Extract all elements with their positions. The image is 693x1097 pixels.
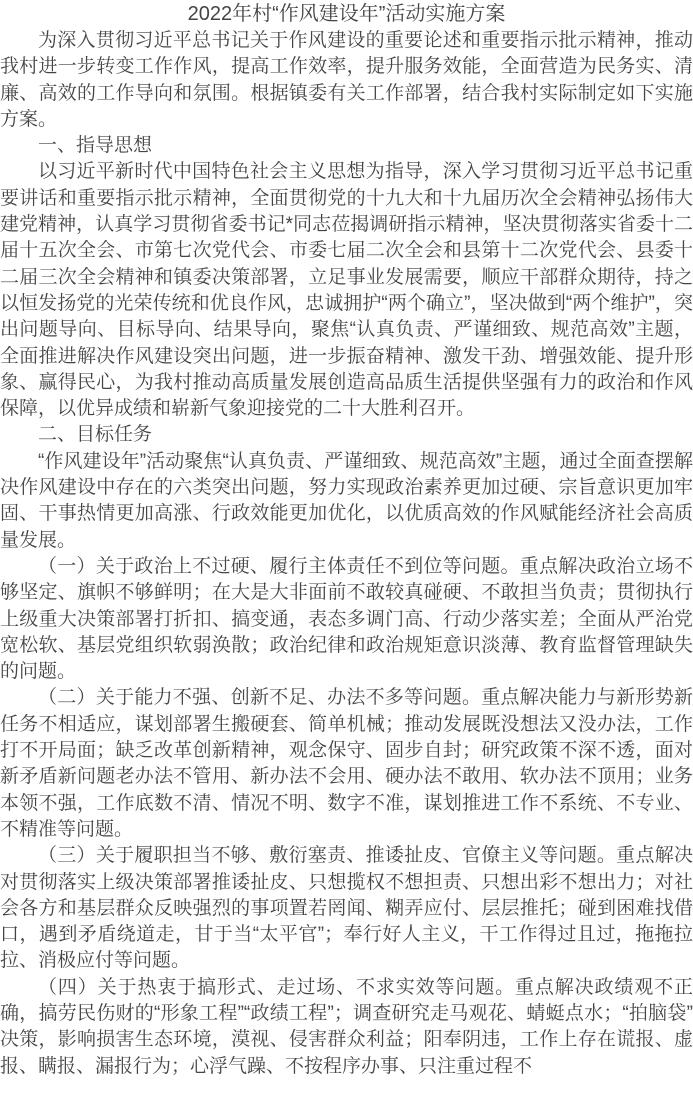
section-1-body: 以习近平新时代中国特色社会主义思想为指导，深入学习贯彻习近平总书记重要讲话和重要… xyxy=(0,159,693,422)
issue-1-paragraph: （一）关于政治上不过硬、履行主体责任不到位等问题。重点解决政治立场不够坚定、旗帜… xyxy=(0,554,693,685)
section-1-heading: 一、指导思想 xyxy=(0,133,693,159)
issue-3-paragraph: （三）关于履职担当不够、敷衍塞责、推诿扯皮、官僚主义等问题。重点解决对贯彻落实上… xyxy=(0,843,693,974)
section-2-intro: “作风建设年”活动聚焦“认真负责、严谨细致、规范高效”主题，通过全面查摆解决作风… xyxy=(0,449,693,554)
intro-paragraph: 为深入贯彻习近平总书记关于作风建设的重要论述和重要指示批示精神，推动我村进一步转… xyxy=(0,28,693,133)
document-page: 2022年村“作风建设年”活动实施方案 为深入贯彻习近平总书记关于作风建设的重要… xyxy=(0,0,693,1097)
issue-2-paragraph: （二）关于能力不强、创新不足、办法不多等问题。重点解决能力与新形势新任务不相适应… xyxy=(0,685,693,843)
issue-4-paragraph: （四）关于热衷于搞形式、走过场、不求实效等问题。重点解决政绩观不正确，搞劳民伤财… xyxy=(0,975,693,1080)
section-2-heading: 二、目标任务 xyxy=(0,422,693,448)
document-title: 2022年村“作风建设年”活动实施方案 xyxy=(0,0,693,28)
